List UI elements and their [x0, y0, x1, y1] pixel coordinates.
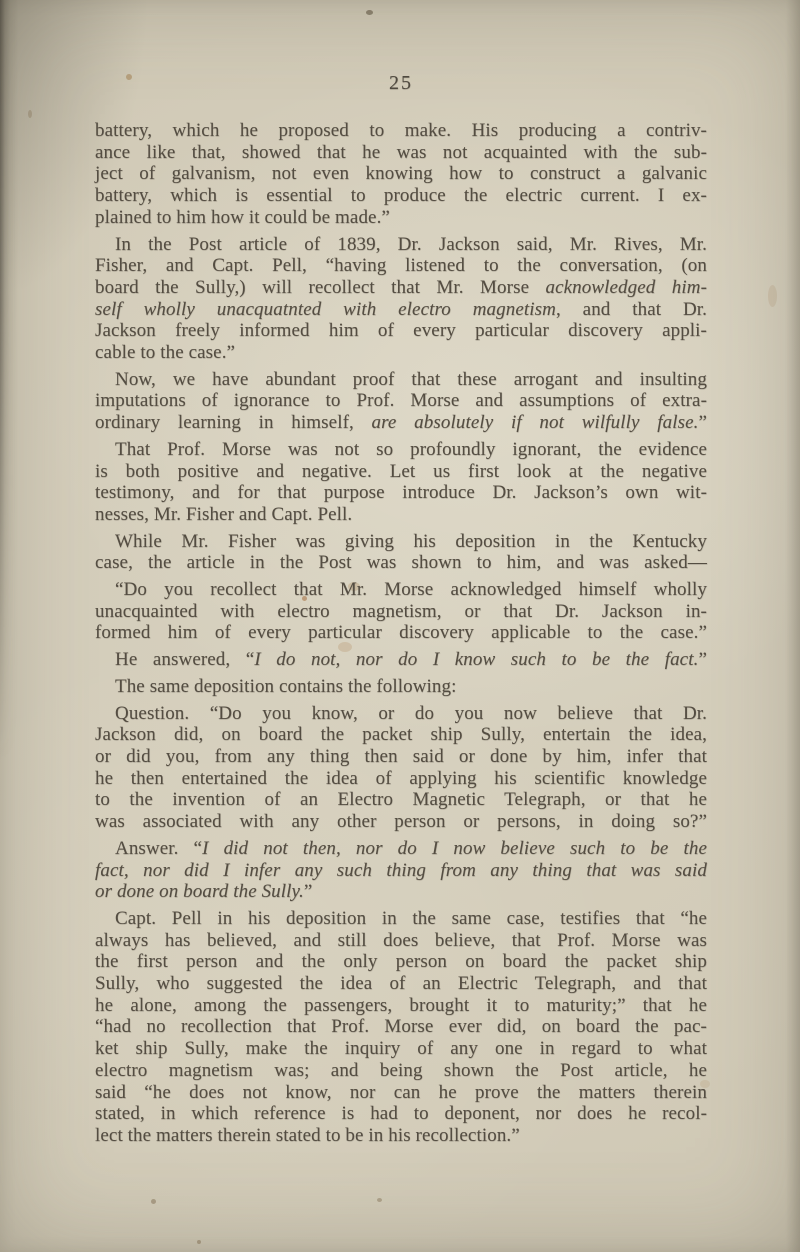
text-segment: battery, which is essential to produce t…: [95, 185, 707, 206]
text-segment: While Mr. Fisher was giving his depositi…: [115, 531, 707, 552]
text-line: battery, which is essential to produce t…: [95, 185, 707, 207]
text-segment: unacquainted with electro magnetism, or …: [95, 601, 707, 622]
text-line: ance like that, showed that he was not a…: [95, 142, 707, 164]
text-line: “Do you recollect that Mr. Morse acknowl…: [95, 579, 707, 601]
text-line: to the invention of an Electro Magnetic …: [95, 789, 707, 811]
text-segment: Sully, who suggested the idea of an Elec…: [95, 973, 707, 994]
paper-stain: [768, 285, 777, 307]
text-segment: imputations of ignorance to Prof. Morse …: [95, 390, 707, 411]
text-segment: ordinary learning in himself,: [95, 412, 372, 433]
text-segment: “had no recollection that Prof. Morse ev…: [95, 1016, 707, 1037]
text-segment: stated, in which reference is had to dep…: [95, 1103, 707, 1124]
text-line: unacquainted with electro magnetism, or …: [95, 601, 707, 623]
text-segment: cable to the case.”: [95, 342, 235, 363]
text-segment: That Prof. Morse was not so profoundly i…: [115, 439, 707, 460]
text-segment: formed him of every particular discovery…: [95, 622, 707, 643]
paragraph: battery, which he proposed to make. His …: [95, 120, 707, 229]
text-line: he alone, among the passengers, brought …: [95, 995, 707, 1017]
text-segment: nesses, Mr. Fisher and Capt. Pell.: [95, 504, 352, 525]
text-line: The same deposition contains the followi…: [95, 676, 707, 698]
text-segment: Now, we have abundant proof that these a…: [115, 369, 707, 390]
text-segment: always has believed, and still does beli…: [95, 930, 707, 951]
text-line: is both positive and negative. Let us fi…: [95, 461, 707, 483]
italic-text-segment: or done on board the Sully.: [95, 881, 304, 902]
text-segment: Jackson freely informed him of every par…: [95, 320, 707, 341]
text-line: imputations of ignorance to Prof. Morse …: [95, 390, 707, 412]
paragraph: He answered, “I do not, nor do I know su…: [95, 649, 707, 671]
text-segment: testimony, and for that purpose introduc…: [95, 482, 707, 503]
text-line: Jackson did, on board the packet ship Su…: [95, 724, 707, 746]
paper-stain: [366, 10, 373, 15]
paragraph: Capt. Pell in his deposition in the same…: [95, 908, 707, 1147]
text-segment: ”: [698, 649, 707, 670]
text-segment: Capt. Pell in his deposition in the same…: [115, 908, 707, 929]
text-segment: said “he does not know, nor can he prove…: [95, 1082, 707, 1103]
text-line: Question. “Do you know, or do you now be…: [95, 703, 707, 725]
text-line: Answer. “I did not then, nor do I now be…: [95, 838, 707, 860]
text-line: board the Sully,) will recollect that Mr…: [95, 277, 707, 299]
text-segment: Question. “Do you know, or do you now be…: [115, 703, 707, 724]
text-segment: ”: [304, 881, 313, 902]
text-segment: was associated with any other person or …: [95, 811, 707, 832]
text-line: While Mr. Fisher was giving his depositi…: [95, 531, 707, 553]
text-segment: lect the matters therein stated to be in…: [95, 1125, 520, 1146]
text-segment: is both positive and negative. Let us fi…: [95, 461, 707, 482]
page-number: 25: [95, 72, 707, 95]
text-line: case, the article in the Post was shown …: [95, 552, 707, 574]
text-line: Sully, who suggested the idea of an Elec…: [95, 973, 707, 995]
italic-text-segment: fact, nor did I infer any such thing fro…: [95, 860, 707, 881]
text-line: lect the matters therein stated to be in…: [95, 1125, 707, 1147]
text-line: the first person and the only person on …: [95, 951, 707, 973]
text-line: Fisher, and Capt. Pell, “having listened…: [95, 255, 707, 277]
paper-stain: [197, 1240, 201, 1244]
text-line: always has believed, and still does beli…: [95, 930, 707, 952]
text-line: battery, which he proposed to make. His …: [95, 120, 707, 142]
text-segment: He answered, “: [115, 649, 254, 670]
text-segment: or did you, from any thing then said or …: [95, 746, 707, 767]
paragraph: While Mr. Fisher was giving his depositi…: [95, 531, 707, 574]
text-line: or done on board the Sully.”: [95, 881, 707, 903]
text-segment: he alone, among the passengers, brought …: [95, 995, 707, 1016]
italic-text-segment: I do not, nor do I know such to be the f…: [254, 649, 698, 670]
page-right-edge-shadow: [786, 0, 800, 1252]
text-segment: “Do you recollect that Mr. Morse acknowl…: [115, 579, 707, 600]
text-line: ject of galvanism, not even knowing how …: [95, 163, 707, 185]
text-segment: Jackson did, on board the packet ship Su…: [95, 724, 707, 745]
text-line: testimony, and for that purpose introduc…: [95, 482, 707, 504]
text-line: stated, in which reference is had to dep…: [95, 1103, 707, 1125]
text-line: cable to the case.”: [95, 342, 707, 364]
text-segment: In the Post article of 1839, Dr. Jackson…: [115, 234, 707, 255]
text-segment: The same deposition contains the followi…: [115, 676, 457, 697]
text-segment: the first person and the only person on …: [95, 951, 707, 972]
text-line: “had no recollection that Prof. Morse ev…: [95, 1016, 707, 1038]
text-line: said “he does not know, nor can he prove…: [95, 1082, 707, 1104]
text-line: Jackson freely informed him of every par…: [95, 320, 707, 342]
text-segment: battery, which he proposed to make. His …: [95, 120, 707, 141]
text-segment: case, the article in the Post was shown …: [95, 552, 707, 573]
text-segment: ket ship Sully, make the inquiry of any …: [95, 1038, 707, 1059]
text-line: self wholly unacquatnted with electro ma…: [95, 299, 707, 321]
text-line: ordinary learning in himself, are absolu…: [95, 412, 707, 434]
text-segment: he then entertained the idea of applying…: [95, 768, 707, 789]
paper-stain: [151, 1199, 156, 1204]
italic-text-segment: are absolutely if not wilfully false.: [372, 412, 699, 433]
text-segment: electro magnetism was; and being shown t…: [95, 1060, 707, 1081]
text-line: Now, we have abundant proof that these a…: [95, 369, 707, 391]
text-segment: ”: [698, 412, 707, 433]
page-text: battery, which he proposed to make. His …: [95, 120, 707, 1147]
paragraph: In the Post article of 1839, Dr. Jackson…: [95, 234, 707, 364]
text-line: He answered, “I do not, nor do I know su…: [95, 649, 707, 671]
text-segment: ance like that, showed that he was not a…: [95, 142, 707, 163]
text-segment: , and that Dr.: [556, 299, 707, 320]
text-line: he then entertained the idea of applying…: [95, 768, 707, 790]
text-segment: Answer. “: [115, 838, 202, 859]
text-line: electro magnetism was; and being shown t…: [95, 1060, 707, 1082]
text-segment: Fisher, and Capt. Pell, “having listened…: [95, 255, 707, 276]
text-line: That Prof. Morse was not so profoundly i…: [95, 439, 707, 461]
italic-text-segment: self wholly unacquatnted with electro ma…: [95, 299, 556, 320]
text-line: or did you, from any thing then said or …: [95, 746, 707, 768]
text-segment: ject of galvanism, not even knowing how …: [95, 163, 707, 184]
text-segment: to the invention of an Electro Magnetic …: [95, 789, 707, 810]
text-line: plained to him how it could be made.”: [95, 207, 707, 229]
paper-stain: [28, 110, 32, 118]
text-line: In the Post article of 1839, Dr. Jackson…: [95, 234, 707, 256]
text-line: ket ship Sully, make the inquiry of any …: [95, 1038, 707, 1060]
paragraph: Answer. “I did not then, nor do I now be…: [95, 838, 707, 903]
italic-text-segment: acknowledged him-: [546, 277, 708, 298]
paragraph: “Do you recollect that Mr. Morse acknowl…: [95, 579, 707, 644]
text-line: was associated with any other person or …: [95, 811, 707, 833]
text-line: Capt. Pell in his deposition in the same…: [95, 908, 707, 930]
paper-stain: [377, 1198, 382, 1202]
text-line: nesses, Mr. Fisher and Capt. Pell.: [95, 504, 707, 526]
paragraph: Now, we have abundant proof that these a…: [95, 369, 707, 434]
text-segment: plained to him how it could be made.”: [95, 207, 390, 228]
paragraph: The same deposition contains the followi…: [95, 676, 707, 698]
scanned-book-page: 25 battery, which he proposed to make. H…: [0, 0, 800, 1252]
text-line: fact, nor did I infer any such thing fro…: [95, 860, 707, 882]
text-segment: board the Sully,) will recollect that Mr…: [95, 277, 546, 298]
text-line: formed him of every particular discovery…: [95, 622, 707, 644]
paragraph: That Prof. Morse was not so profoundly i…: [95, 439, 707, 526]
italic-text-segment: I did not then, nor do I now believe suc…: [202, 838, 707, 859]
paragraph: Question. “Do you know, or do you now be…: [95, 703, 707, 833]
